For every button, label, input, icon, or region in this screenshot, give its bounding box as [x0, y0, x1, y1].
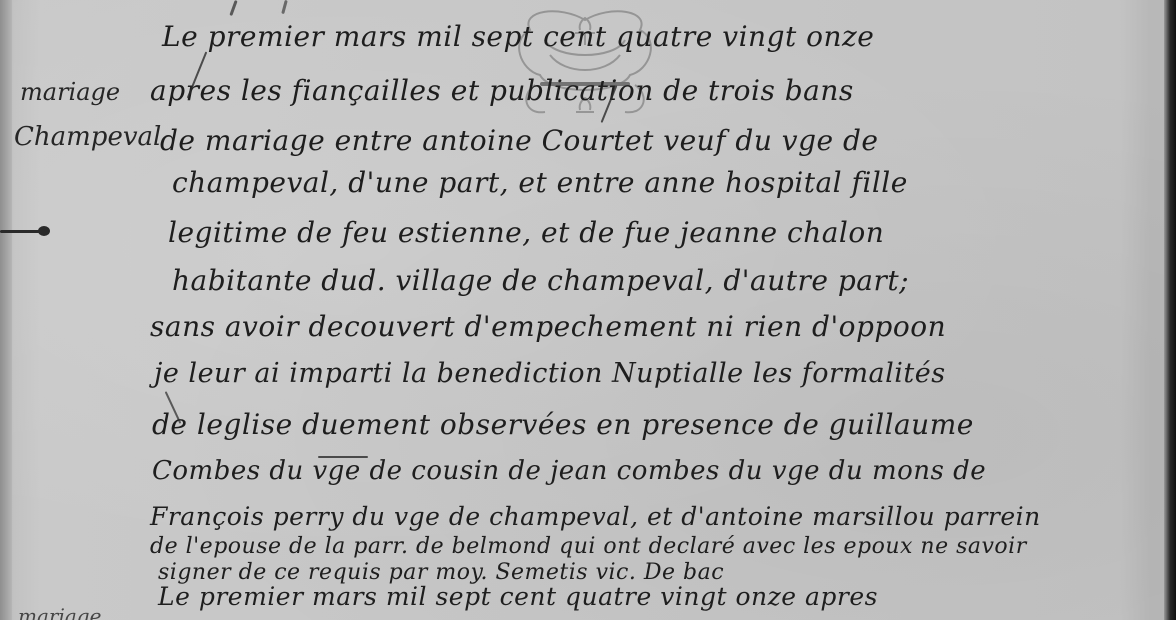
margin-dash-mark [0, 230, 40, 233]
margin-entry-label: mariage [20, 78, 120, 106]
margin-dot-mark [38, 226, 50, 236]
record-line: legitime de feu estienne, et de fue jean… [168, 216, 884, 249]
margin-next-entry-label: mariage [18, 604, 101, 620]
record-line: Le premier mars mil sept cent quatre vin… [162, 20, 874, 53]
ink-underline [318, 456, 368, 458]
record-line: François perry du vge de champeval, et d… [150, 502, 1041, 531]
record-line: de leglise duement observées en presence… [152, 408, 974, 441]
record-line: apres les fiançailles et publication de … [150, 74, 854, 107]
top-cut-stroke [229, 0, 237, 16]
page-left-edge [0, 0, 12, 620]
record-line: de l'epouse de la parr. de belmond qui o… [150, 534, 1027, 559]
record-line: habitante dud. village de champeval, d'a… [172, 264, 909, 297]
record-line: de mariage entre antoine Courtet veuf du… [160, 124, 879, 157]
record-line: Combes du vge de cousin de jean combes d… [152, 456, 986, 486]
top-cut-stroke [281, 0, 288, 14]
record-line: champeval, d'une part, et entre anne hos… [172, 166, 908, 199]
margin-entry-place: Champeval [14, 122, 161, 152]
scanned-register-page: mariage Champeval mariage Le premier mar… [0, 0, 1176, 620]
page-right-edge-shadow [1164, 0, 1176, 620]
record-line: je leur ai imparti la benediction Nuptia… [154, 358, 946, 389]
next-record-first-line: Le premier mars mil sept cent quatre vin… [158, 582, 878, 611]
record-line: sans avoir decouvert d'empechement ni ri… [150, 310, 946, 343]
